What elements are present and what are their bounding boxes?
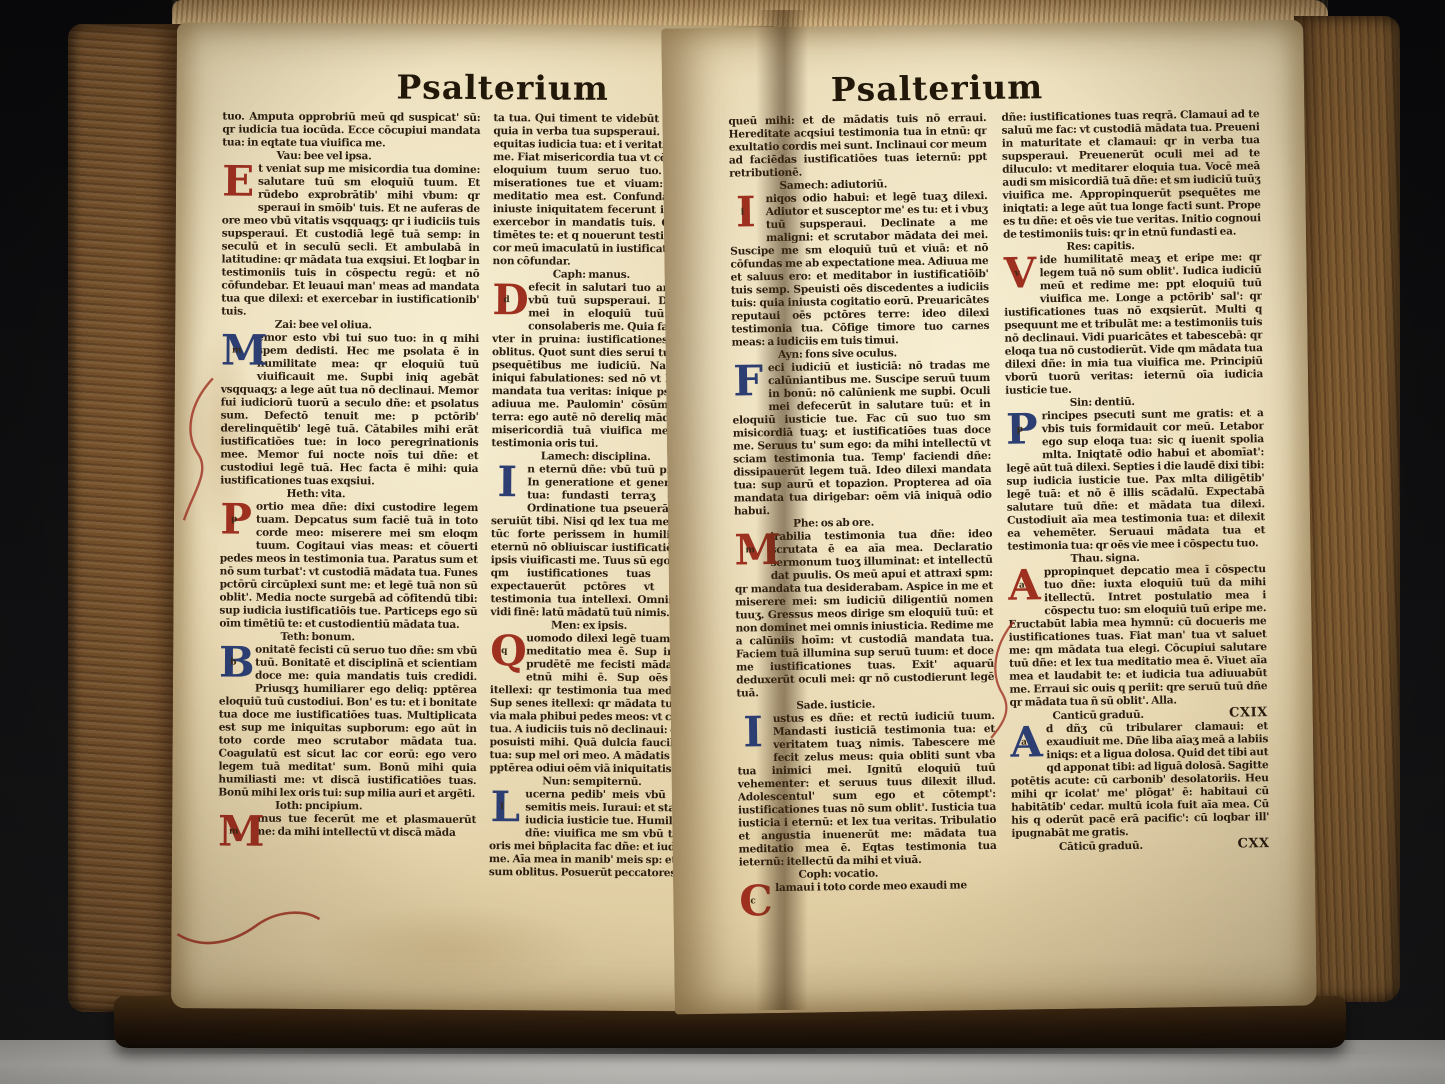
initial-letter: Q: [490, 626, 527, 675]
hebrew-letter-rubric: Sade. iusticie.: [796, 699, 875, 713]
psalm-text: ppropinquet depcatio mea ī cōspectu tuo …: [1008, 563, 1267, 709]
guide-letter: v: [1015, 270, 1020, 279]
psalm-text: onitatē fecisti cū seruo tuo dñe: sm vbū…: [218, 644, 477, 800]
psalm-text: ortio mea dñe: dixi custodire legem tuam…: [219, 501, 478, 631]
initial-letter: E: [222, 156, 254, 205]
guide-letter: a: [1021, 738, 1027, 747]
guide-letter: m: [229, 828, 239, 837]
hebrew-letter-rubric: Teth: bonum.: [280, 631, 354, 644]
guide-letter: m: [232, 347, 242, 356]
guide-letter: p: [231, 516, 237, 525]
text-columns: queū mihi: et de mādatis tuis nō erraui.…: [728, 108, 1271, 949]
hebrew-letter-rubric: Thau. signa.: [1070, 552, 1139, 566]
guide-letter: b: [230, 659, 236, 668]
initial-letter: L: [490, 782, 520, 831]
illuminated-initial: Mm: [218, 813, 250, 852]
illuminated-initial: Vv: [1003, 255, 1036, 294]
illuminated-initial: Pp: [1006, 411, 1039, 450]
rubric-row: Cāticū graduū.CXX: [1012, 837, 1270, 855]
illuminated-initial: Pp: [220, 501, 252, 540]
text-column-1: tuo. Amputa opprobriū meū qd suspicat' s…: [217, 110, 480, 946]
psalm-text: anus tue fecerūt me et plasmauerūt me: d…: [254, 813, 476, 839]
psalm-verse-block: tuo. Amputa opprobriū meū qd suspicat' s…: [222, 110, 480, 164]
guide-letter: p: [1017, 426, 1023, 435]
illuminated-initial: Aa: [1010, 724, 1043, 763]
hebrew-letter-rubric: Sin: dentiū.: [1070, 396, 1135, 410]
illuminated-initial: Qq: [490, 633, 522, 672]
illuminated-initial: Ll: [489, 789, 521, 828]
hebrew-letter-rubric: Res: capitis.: [1066, 240, 1134, 254]
photo-of-open-incunable-psalter: Psalterium tuo. Amputa opprobriū meū qd …: [0, 0, 1445, 1084]
illuminated-initial: I: [491, 464, 523, 503]
psalm-text: d dñʒ cū tribularer clamaui: et exaudiui…: [1011, 720, 1270, 840]
hebrew-letter-rubric: Vau: bee vel ipsa.: [276, 150, 371, 164]
running-head: Psalterium: [616, 64, 1258, 112]
psalm-text: tuo. Amputa opprobriū meū qd suspicat' s…: [222, 110, 480, 149]
initial-letter: M: [218, 806, 265, 855]
illuminated-initial: Mm: [221, 332, 253, 371]
initial-letter: M: [221, 325, 268, 374]
hebrew-letter-rubric: Men: ex ipsis.: [551, 619, 627, 632]
pen-flourish: [182, 374, 223, 524]
psalm-number: CXX: [1237, 837, 1269, 850]
hebrew-letter-rubric: Coph: vocatio.: [798, 868, 878, 882]
guide-letter: d: [503, 296, 509, 305]
psalm-text: rincipes psecuti sunt me gratis: et a vb…: [1006, 407, 1265, 553]
hebrew-letter-rubric: Ioth: pncipium.: [275, 800, 362, 814]
guide-letter: a: [1019, 582, 1025, 591]
psalm-number: CXIX: [1229, 706, 1268, 720]
guide-letter: i: [741, 208, 745, 217]
hebrew-letter-rubric: Caph: manus.: [553, 268, 630, 281]
psalm-verse-block: Aad dñʒ cū tribularer clamaui: et exaudi…: [1010, 720, 1270, 855]
book-left-fore-edge: [68, 24, 184, 1012]
hebrew-letter-rubric: Heth: vita.: [286, 488, 345, 501]
psalm-verse-block: Pportio mea dñe: dixi custodire legem tu…: [219, 500, 478, 645]
hebrew-letter-rubric: Cāticū graduū.: [1059, 840, 1143, 854]
psalm-verse-block: Bbonitatē fecisti cū seruo tuo dñe: sm v…: [218, 643, 477, 814]
psalm-text: t veniat sup me misicordia tua domine: s…: [221, 163, 480, 318]
guide-letter: q: [501, 647, 507, 656]
psalm-verse-block: Pprincipes psecuti sunt me gratis: et a …: [1006, 407, 1266, 567]
illuminated-initial: Aa: [1008, 567, 1041, 606]
illuminated-initial: Bb: [219, 644, 251, 683]
psalm-verse-block: Mmanus tue fecerūt me et plasmauerūt me:…: [218, 812, 476, 840]
initial-letter: B: [219, 637, 255, 686]
psalm-verse-block: Vvide humilitatē meaʒ et eripe me: qr le…: [1003, 251, 1263, 411]
hebrew-letter-rubric: Lamech: disciplina.: [541, 450, 651, 464]
illuminated-initial: Dd: [492, 282, 524, 321]
hebrew-letter-rubric: Canticū graduū.: [1052, 709, 1144, 723]
psalm-verse-block: Aappropinquet depcatio mea ī cōspectu tu…: [1008, 563, 1268, 724]
initial-letter: I: [497, 457, 517, 506]
hebrew-letter-rubric: Nun: sempiternū.: [542, 775, 641, 789]
text-column-2: dñe: iustificationes tuas reqrā. Clamaui…: [1001, 108, 1271, 946]
guide-letter: m: [745, 546, 755, 555]
illuminated-initial: E: [222, 163, 254, 202]
hebrew-letter-rubric: Zai: bee vel oliua.: [275, 319, 372, 333]
gutter-shadow: [756, 10, 808, 1010]
psalm-text: dñe: iustificationes tuas reqrā. Clamaui…: [1001, 108, 1261, 241]
open-book: Psalterium tuo. Amputa opprobriū meū qd …: [66, 0, 1406, 1052]
guide-letter: l: [500, 803, 503, 812]
psalm-text: ide humilitatē meaʒ et eripe me: qr lege…: [1004, 251, 1263, 397]
initial-letter: I: [736, 187, 756, 236]
initial-letter: D: [492, 275, 528, 324]
psalm-verse-block: dñe: iustificationes tuas reqrā. Clamaui…: [1001, 108, 1261, 255]
psalm-verse-block: Et veniat sup me misicordia tua domine: …: [221, 162, 480, 333]
psalm-verse-block: Mmemor esto vbi tui suo tuo: in q mihi s…: [220, 331, 479, 502]
